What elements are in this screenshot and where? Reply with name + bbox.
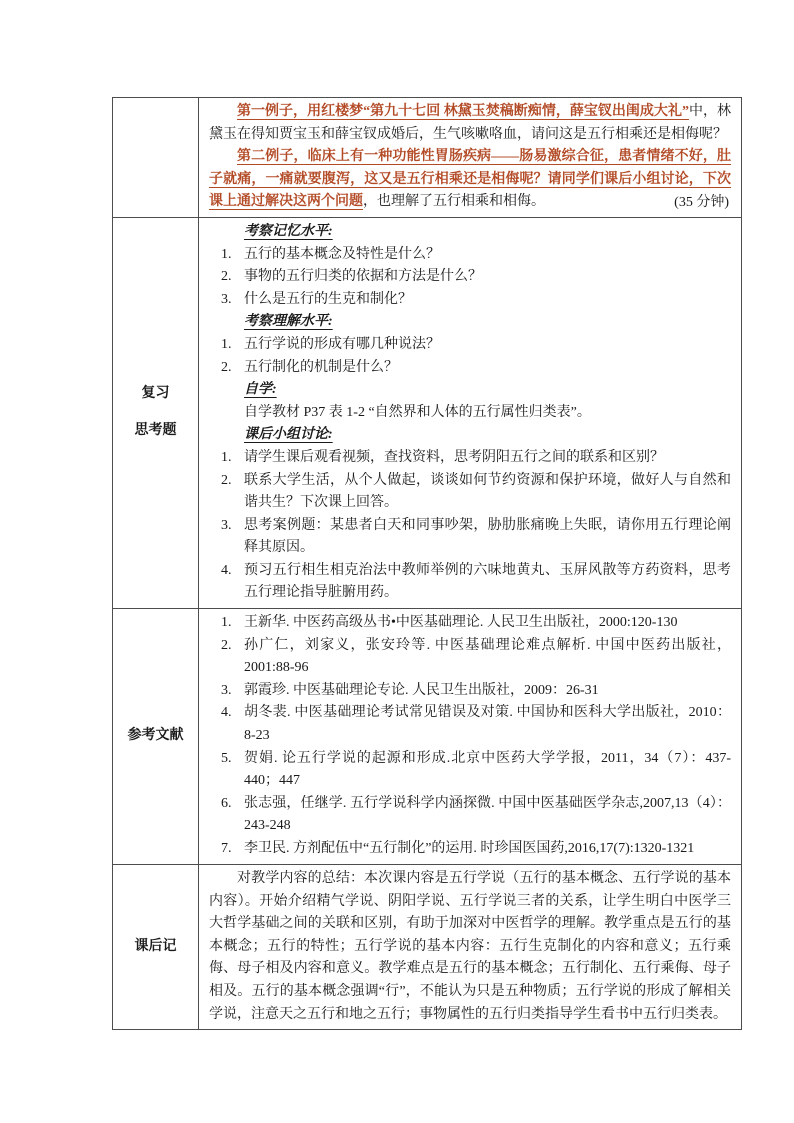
item-text: 张志强，任继学. 五行学说科学内涵探微. 中国中医基础医学杂志,2007,13（… [244, 793, 731, 838]
examples-row: 第一例子，用红楼梦“第九十七回 林黛玉焚稿断痴情，薛宝钗出闺成大礼”中，林黛玉在… [113, 98, 741, 218]
lesson-plan-table: 第一例子，用红楼梦“第九十七回 林黛玉焚稿断痴情，薛宝钗出闺成大礼”中，林黛玉在… [112, 97, 742, 1030]
item-text: 王新华. 中医药高级丛书•中医基础理论. 人民卫生出版社，2000:120-13… [244, 612, 731, 635]
example-paragraph-1: 第一例子，用红楼梦“第九十七回 林黛玉焚稿断痴情，薛宝钗出闺成大礼”中，林黛玉在… [209, 101, 731, 146]
afternotes-paragraph: 对教学内容的总结：本次课内容是五行学说（五行的基本概念、五行学说的基本内容）。开… [209, 868, 731, 1026]
afternotes-label: 课后记 [135, 936, 177, 959]
examples-row-label [113, 98, 199, 217]
item-text: 思考案例题：某患者白天和同事吵架，胁肋胀痛晚上失眠，请你用五行理论阐释其原因。 [244, 515, 731, 560]
item-number: 2. [221, 635, 244, 680]
item-number: 2. [221, 357, 244, 380]
item-number: 4. [221, 702, 244, 747]
item-text: 五行的基本概念及特性是什么？ [244, 244, 731, 267]
duration-note: (35 分钟) [674, 192, 729, 215]
item-text: 五行学说的形成有哪几种说法？ [244, 334, 731, 357]
reference-item: 5.贺娟. 论五行学说的起源和形成.北京中医药大学学报，2011，34（7）：4… [209, 748, 731, 793]
references-label: 参考文献 [128, 725, 184, 748]
example-1-highlight: 第一例子，用红楼梦“第九十七回 林黛玉焚稿断痴情，薛宝钗出闺成大礼” [237, 104, 689, 119]
item-text: 请学生课后观看视频，查找资料，思考阴阳五行之间的联系和区别？ [244, 447, 731, 470]
section-heading: 自学: [244, 379, 731, 402]
references-row: 参考文献 1.王新华. 中医药高级丛书•中医基础理论. 人民卫生出版社，2000… [113, 609, 741, 865]
item-number: 1. [221, 447, 244, 470]
item-number: 1. [221, 244, 244, 267]
list-item: 3.思考案例题：某患者白天和同事吵架，胁肋胀痛晚上失眠，请你用五行理论阐释其原因… [209, 515, 731, 560]
item-text: 胡冬裴. 中医基础理论考试常见错误及对策. 中国协和医科大学出版社，2010：8… [244, 702, 731, 747]
item-text: 李卫民. 方剂配伍中“五行制化”的运用. 时珍国医国药,2016,17(7):1… [244, 838, 731, 861]
item-text: 孙广仁，刘家义，张安玲等. 中医基础理论难点解析. 中国中医药出版社，2001:… [244, 635, 731, 680]
item-number: 6. [221, 793, 244, 838]
example-paragraph-2: 第二例子，临床上有一种功能性胃肠疾病——肠易激综合征，患者情绪不好，肚子就痛，一… [209, 146, 731, 214]
section-text: 自学教材 P37 表 1-2 “自然界和人体的五行属性归类表”。 [244, 402, 731, 425]
item-number: 1. [221, 334, 244, 357]
section-heading: 考察记忆水平: [244, 221, 731, 244]
item-text: 什么是五行的生克和制化？ [244, 289, 731, 312]
item-text: 预习五行相生相克治法中教师举例的六味地黄丸、玉屏风散等方药资料，思考五行理论指导… [244, 560, 731, 605]
item-number: 3. [221, 289, 244, 312]
afternotes-row-label: 课后记 [113, 865, 199, 1029]
list-item: 3.什么是五行的生克和制化？ [209, 289, 731, 312]
list-item: 1.请学生课后观看视频，查找资料，思考阴阳五行之间的联系和区别？ [209, 447, 731, 470]
review-row-label: 复习 思考题 [113, 218, 199, 608]
example-2-plain: ，也理解了五行相乘和相侮。 [363, 194, 545, 209]
list-item: 2.事物的五行归类的依据和方法是什么？ [209, 266, 731, 289]
page: { "colors": { "accent_red": "#b34a26", "… [0, 0, 794, 1123]
references-list: 1.王新华. 中医药高级丛书•中医基础理论. 人民卫生出版社，2000:120-… [199, 609, 741, 864]
item-text: 郭霞珍. 中医基础理论专论. 人民卫生出版社，2009：26-31 [244, 680, 731, 703]
reference-item: 4.胡冬裴. 中医基础理论考试常见错误及对策. 中国协和医科大学出版社，2010… [209, 702, 731, 747]
reference-item: 2.孙广仁，刘家义，张安玲等. 中医基础理论难点解析. 中国中医药出版社，200… [209, 635, 731, 680]
reference-item: 6.张志强，任继学. 五行学说科学内涵探微. 中国中医基础医学杂志,2007,1… [209, 793, 731, 838]
item-text: 联系大学生活，从个人做起，谈谈如何节约资源和保护环境，做好人与自然和谐共生？下次… [244, 470, 731, 515]
item-number: 1. [221, 612, 244, 635]
item-number: 7. [221, 838, 244, 861]
item-number: 4. [221, 560, 244, 605]
review-sections: 考察记忆水平:1.五行的基本概念及特性是什么？2.事物的五行归类的依据和方法是什… [199, 218, 741, 608]
item-text: 贺娟. 论五行学说的起源和形成.北京中医药大学学报，2011，34（7）：437… [244, 748, 731, 793]
section-heading: 课后小组讨论: [244, 424, 731, 447]
item-number: 2. [221, 470, 244, 515]
list-item: 2.联系大学生活，从个人做起，谈谈如何节约资源和保护环境，做好人与自然和谐共生？… [209, 470, 731, 515]
item-number: 3. [221, 515, 244, 560]
review-label-line1: 复习 [142, 383, 170, 406]
item-text: 五行制化的机制是什么？ [244, 357, 731, 380]
list-item: 1.五行的基本概念及特性是什么？ [209, 244, 731, 267]
item-text: 事物的五行归类的依据和方法是什么？ [244, 266, 731, 289]
reference-item: 3.郭霞珍. 中医基础理论专论. 人民卫生出版社，2009：26-31 [209, 680, 731, 703]
afternotes-row: 课后记 对教学内容的总结：本次课内容是五行学说（五行的基本概念、五行学说的基本内… [113, 865, 741, 1029]
item-number: 3. [221, 680, 244, 703]
list-item: 2.五行制化的机制是什么？ [209, 357, 731, 380]
review-row: 复习 思考题 考察记忆水平:1.五行的基本概念及特性是什么？2.事物的五行归类的… [113, 218, 741, 609]
item-number: 2. [221, 266, 244, 289]
list-item: 4.预习五行相生相克治法中教师举例的六味地黄丸、玉屏风散等方药资料，思考五行理论… [209, 560, 731, 605]
afternotes-content: 对教学内容的总结：本次课内容是五行学说（五行的基本概念、五行学说的基本内容）。开… [199, 865, 741, 1029]
reference-item: 7.李卫民. 方剂配伍中“五行制化”的运用. 时珍国医国药,2016,17(7)… [209, 838, 731, 861]
item-number: 5. [221, 748, 244, 793]
review-label-line2: 思考题 [135, 420, 177, 443]
section-heading: 考察理解水平: [244, 311, 731, 334]
reference-item: 1.王新华. 中医药高级丛书•中医基础理论. 人民卫生出版社，2000:120-… [209, 612, 731, 635]
list-item: 1.五行学说的形成有哪几种说法？ [209, 334, 731, 357]
examples-row-content: 第一例子，用红楼梦“第九十七回 林黛玉焚稿断痴情，薛宝钗出闺成大礼”中，林黛玉在… [199, 98, 741, 217]
references-row-label: 参考文献 [113, 609, 199, 864]
